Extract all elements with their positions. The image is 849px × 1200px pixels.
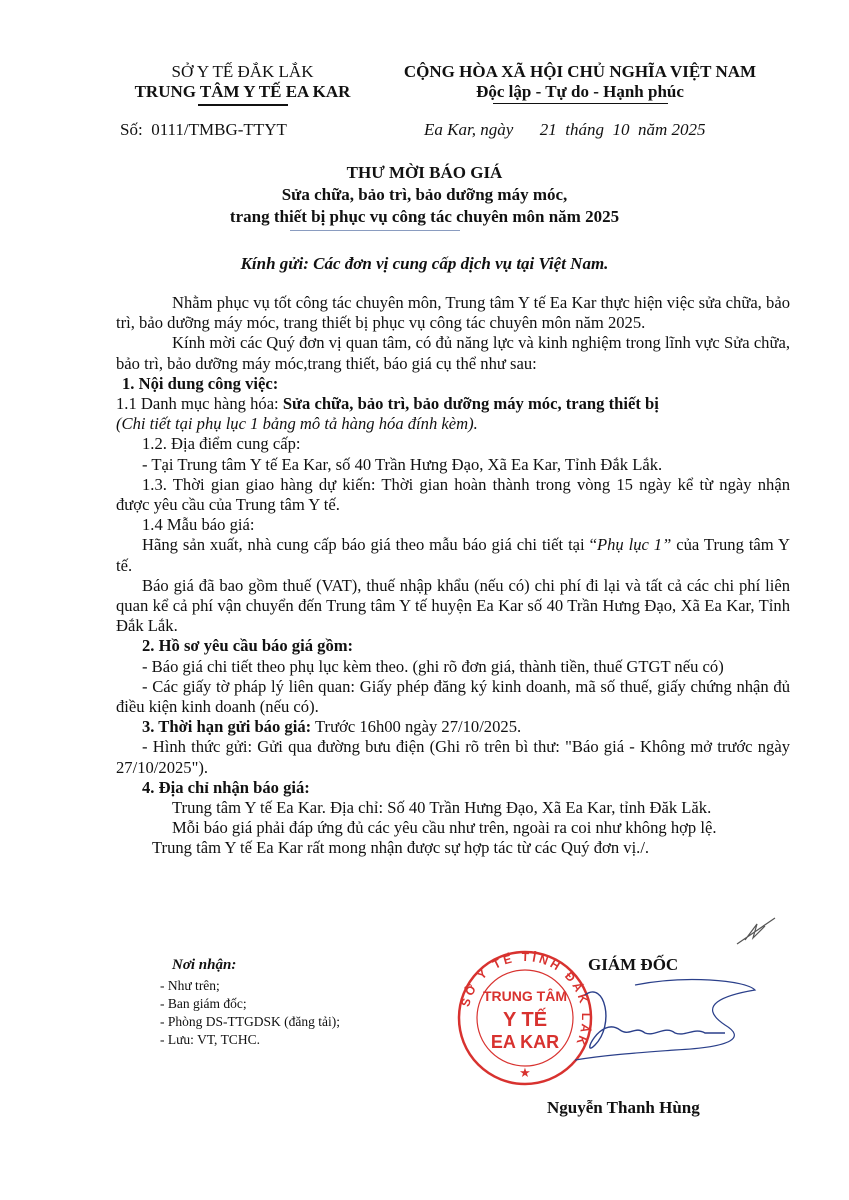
intro-paragraph-2: Kính mời các Quý đơn vị quan tâm, có đủ … — [116, 333, 790, 373]
motto-underline — [493, 103, 668, 104]
section-3-heading: 3. Thời hạn gửi báo giá: — [142, 717, 311, 736]
recipients-heading: Nơi nhận: — [172, 957, 236, 974]
initials-mark-icon — [735, 912, 780, 947]
svg-text:Y TẾ: Y TẾ — [503, 1008, 547, 1031]
parent-agency: SỞ Y TẾ ĐẮK LẮK — [110, 62, 375, 82]
section-1-heading: 1. Nội dung công việc: — [116, 374, 790, 394]
recipient-item: - Phòng DS-TTGDSK (đăng tải); — [160, 1013, 340, 1031]
signer-position: GIÁM ĐỐC — [588, 955, 678, 975]
svg-text:EA KAR: EA KAR — [491, 1032, 559, 1052]
national-motto: Độc lập - Tự do - Hạnh phúc — [380, 82, 780, 102]
signer-name: Nguyễn Thanh Hùng — [547, 1098, 700, 1118]
section-2-item-2: - Các giấy tờ pháp lý liên quan: Giấy ph… — [116, 677, 790, 717]
document-subtitle-line2: trang thiết bị phục vụ công tác chuyên m… — [0, 207, 849, 227]
recipient-item: - Lưu: VT, TCHC. — [160, 1031, 340, 1049]
agency-name: TRUNG TÂM Y TẾ EA KAR — [110, 82, 375, 102]
svg-text:★: ★ — [519, 1066, 531, 1081]
item-1-1: 1.1 Danh mục hàng hóa: Sửa chữa, bảo trì… — [116, 394, 790, 414]
section-4-validity-note: Mỗi báo giá phải đáp ứng đủ các yêu cầu … — [116, 818, 790, 838]
letter-body: Nhằm phục vụ tốt công tác chuyên môn, Tr… — [116, 293, 790, 859]
addressee: Kính gửi: Các đơn vị cung cấp dịch vụ tạ… — [0, 254, 849, 274]
country-name: CỘNG HÒA XÃ HỘI CHỦ NGHĨA VIỆT NAM — [380, 62, 780, 82]
closing-remark: Trung tâm Y tế Ea Kar rất mong nhận được… — [116, 838, 790, 858]
recipients-list: - Như trên; - Ban giám đốc; - Phòng DS-T… — [160, 977, 340, 1049]
section-3-item-1: - Hình thức gửi: Gửi qua đường bưu điện … — [116, 737, 790, 777]
issuing-agency: SỞ Y TẾ ĐẮK LẮK TRUNG TÂM Y TẾ EA KAR — [110, 62, 375, 106]
section-3-deadline: Trước 16h00 ngày 27/10/2025. — [311, 717, 521, 736]
document-page: SỞ Y TẾ ĐẮK LẮK TRUNG TÂM Y TẾ EA KAR CỘ… — [0, 0, 849, 1200]
item-1-1-note: (Chi tiết tại phụ lục 1 bảng mô tả hàng … — [116, 414, 790, 434]
intro-paragraph-1: Nhằm phục vụ tốt công tác chuyên môn, Tr… — [116, 293, 790, 333]
section-2-heading: 2. Hồ sơ yêu cầu báo giá gồm: — [116, 636, 790, 656]
document-title: THƯ MỜI BÁO GIÁ — [0, 163, 849, 183]
item-1-2-label: 1.2. Địa điểm cung cấp: — [116, 434, 790, 454]
item-1-4-paragraph-2: Báo giá đã bao gồm thuế (VAT), thuế nhập… — [116, 576, 790, 637]
item-1-4-label: 1.4 Mẫu báo giá: — [116, 515, 790, 535]
recipient-item: - Như trên; — [160, 977, 340, 995]
recipient-item: - Ban giám đốc; — [160, 995, 340, 1013]
document-subtitle-line1: Sửa chữa, bảo trì, bảo dưỡng máy móc, — [0, 185, 849, 205]
document-number: Số: 0111/TMBG-TTYT — [120, 120, 287, 140]
agency-underline — [198, 104, 288, 106]
section-4-address: Trung tâm Y tế Ea Kar. Địa chỉ: Số 40 Tr… — [116, 798, 790, 818]
item-1-3: 1.3. Thời gian giao hàng dự kiến: Thời g… — [116, 475, 790, 515]
official-stamp-icon: SỞ Y TẾ TỈNH ĐẮK LẮK TRUNG TÂM Y TẾ EA K… — [455, 948, 595, 1088]
section-2-item-1: - Báo giá chi tiết theo phụ lục kèm theo… — [116, 657, 790, 677]
svg-text:TRUNG TÂM: TRUNG TÂM — [483, 987, 567, 1004]
section-4-heading: 4. Địa chỉ nhận báo giá: — [116, 778, 790, 798]
item-1-4-paragraph-1: Hãng sản xuất, nhà cung cấp báo giá theo… — [116, 535, 790, 575]
national-header: CỘNG HÒA XÃ HỘI CHỦ NGHĨA VIỆT NAM Độc l… — [380, 62, 780, 104]
handwritten-signature-icon — [575, 975, 760, 1065]
document-date: Ea Kar, ngày 21 tháng 10 năm 2025 — [424, 120, 706, 140]
section-3: 3. Thời hạn gửi báo giá: Trước 16h00 ngà… — [116, 717, 790, 737]
item-1-2-value: - Tại Trung tâm Y tế Ea Kar, số 40 Trần … — [116, 455, 790, 475]
title-underline — [290, 230, 460, 231]
